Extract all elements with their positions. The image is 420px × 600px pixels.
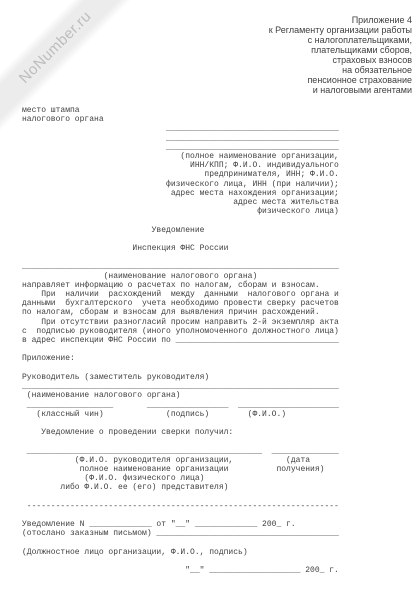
appendix-header-line: и налоговыми агентами xyxy=(269,85,412,95)
appendix-header-line: с налогоплательщиками, xyxy=(269,35,412,45)
appendix-header-line: Приложение 4 xyxy=(269,15,412,25)
appendix-header-line: страховых взносов xyxy=(269,55,412,65)
appendix-header-line: плательщиками сборов, xyxy=(269,45,412,55)
watermark-text: NoNumber.ru xyxy=(16,8,95,87)
appendix-header: Приложение 4 к Регламенту организации ра… xyxy=(269,15,412,95)
document-page: NoNumber.ru Приложение 4 к Регламенту ор… xyxy=(0,0,420,600)
appendix-header-line: на обязательное xyxy=(269,65,412,75)
appendix-header-line: пенсионное страхование xyxy=(269,75,412,85)
form-body-text: место штампа налогового органа _________… xyxy=(22,106,339,575)
appendix-header-line: к Регламенту организации работы xyxy=(269,25,412,35)
